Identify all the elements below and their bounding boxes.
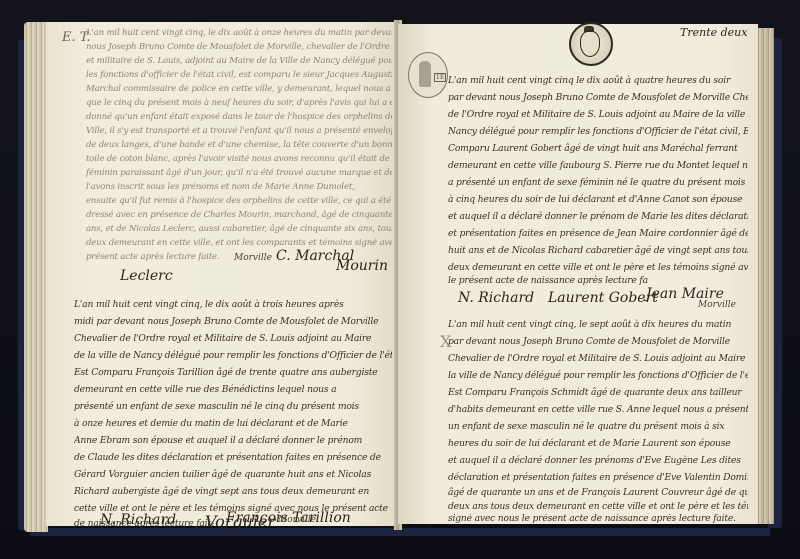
text-line: toile de coton blanc, après l'avoir visi… — [86, 152, 392, 166]
text-line: et auquel il a déclaré donner le prénom … — [448, 208, 748, 225]
signature: Vorguier — [205, 512, 275, 531]
document-viewer: E. T. L'an mil huit cent vingt cinq, le … — [0, 0, 800, 559]
signature: Mourin — [336, 258, 388, 274]
text-line: féminin paraissant âgé d'un jour, qu'il … — [86, 166, 392, 180]
text-line: de la ville de Nancy délégué pour rempli… — [74, 347, 392, 364]
text-line: demeurant en cette ville faubourg S. Pie… — [448, 157, 748, 174]
text-line: l'avons inscrit sous les prénoms et nom … — [86, 180, 392, 194]
text-line: que le cinq du présent mois à neuf heure… — [86, 96, 392, 110]
text-line: le présent acte de naissance après lectu… — [448, 274, 648, 288]
fiscal-stamp-icon: 1E — [408, 52, 448, 98]
left-page: E. T. L'an mil huit cent vingt cinq, le … — [46, 22, 398, 526]
text-line: L'an mil huit cent vingt cinq, le dix ao… — [86, 26, 392, 40]
text-line: Richard aubergiste âgé de vingt sept ans… — [74, 483, 392, 500]
text-line: ans, et de Nicolas Leclerc, aussi cabare… — [86, 222, 392, 236]
text-line: de deux langes, d'une bande et d'une che… — [86, 138, 392, 152]
signature: Laurent Gobert — [548, 290, 658, 306]
text-line: huit ans et de Nicolas Richard cabaretie… — [448, 242, 748, 259]
right-page: 1E Trente deux L'an mil huit cent vingt … — [398, 24, 758, 524]
text-line: L'an mil huit cent vingt cinq, le dix ao… — [74, 296, 392, 313]
text-line: et présentation faites en présence de Je… — [448, 225, 748, 242]
text-line: et militaire de S. Louis, adjoint au Mai… — [86, 54, 392, 68]
text-line: déclaration et présentation faites en pr… — [448, 469, 748, 486]
text-line: âgé de quarante un ans et de François La… — [448, 486, 748, 500]
text-line: présent acte après lecture faite. — [86, 250, 226, 264]
margin-cross-mark: X — [440, 332, 451, 351]
text-line: demeurant en cette ville rue des Bénédic… — [74, 381, 392, 398]
text-line: Gérard Vorguier ancien tuilier âgé de qu… — [74, 466, 392, 483]
text-line: de Claude les dites déclaration et prése… — [74, 449, 392, 466]
signature: Leclerc — [120, 268, 173, 284]
text-line: Chevalier de l'Ordre royal et Militaire … — [74, 330, 392, 347]
text-line: nous Joseph Bruno Comte de Mousfolet de … — [86, 40, 392, 54]
text-line: Nancy délégué pour remplir les fonctions… — [448, 123, 748, 140]
text-line: à cinq heures du soir de lui déclarant e… — [448, 191, 748, 208]
corner-note: Trente deux — [680, 26, 747, 39]
text-line: dressé avec en présence de Charles Mouri… — [86, 208, 392, 222]
text-line: un enfant de sexe masculin né le quatre … — [448, 418, 748, 435]
page-stack-left — [24, 22, 48, 532]
text-line: de l'Ordre royal et Militaire de S. Loui… — [448, 106, 748, 123]
text-line: par devant nous Joseph Bruno Comte de Mo… — [448, 89, 748, 106]
text-line: par devant nous Joseph Bruno Comte de Mo… — [448, 333, 748, 350]
signature: Morville — [278, 515, 316, 525]
text-line: deux ans tous deux demeurant en cette vi… — [448, 500, 748, 514]
text-line: présenté un enfant de sexe masculin né l… — [74, 398, 392, 415]
signature: Morville — [698, 300, 736, 310]
text-line: à onze heures et demie du matin de lui d… — [74, 415, 392, 432]
text-line: Ville, il s'y est transporté et a trouvé… — [86, 124, 392, 138]
page-stack-right — [756, 28, 774, 524]
text-line: les fonctions d'officier de l'état civil… — [86, 68, 392, 82]
text-line: d'habits demeurant en cette ville rue S.… — [448, 401, 748, 418]
text-line: L'an mil huit cent vingt cinq le dix aoû… — [448, 72, 748, 89]
text-line: ensuite qu'il fut remis à l'hospice des … — [86, 194, 392, 208]
text-line: L'an mil huit cent vingt cinq, le sept a… — [448, 316, 748, 333]
signature: N. Richard — [100, 512, 176, 528]
signature: Morville — [234, 253, 272, 263]
text-line: Anne Ebram son épouse et auquel il a déc… — [74, 432, 392, 449]
text-line: la ville de Nancy délégué pour remplir l… — [448, 367, 748, 384]
text-line: signé avec nous le présent acte de naiss… — [448, 514, 748, 524]
text-line: donné qu'un enfant était exposé dans le … — [86, 110, 392, 124]
text-line: heures du soir de lui déclarant et de Ma… — [448, 435, 748, 452]
text-line: Comparu Laurent Gobert âgé de vingt huit… — [448, 140, 748, 157]
signature: N. Richard — [458, 290, 534, 306]
text-line: Est Comparu François Schmidt âgé de quar… — [448, 384, 748, 401]
text-line: Marchal commissaire de police en cette v… — [86, 82, 392, 96]
text-line: a présenté un enfant de sexe féminin né … — [448, 174, 748, 191]
text-line: Est Comparu François Tarillion âgé de tr… — [74, 364, 392, 381]
text-line: Chevalier de l'Ordre royal et Militaire … — [448, 350, 748, 367]
text-line: et auquel il a déclaré donner les prénom… — [448, 452, 748, 469]
text-line: midi par devant nous Joseph Bruno Comte … — [74, 313, 392, 330]
city-seal-icon — [569, 22, 613, 66]
